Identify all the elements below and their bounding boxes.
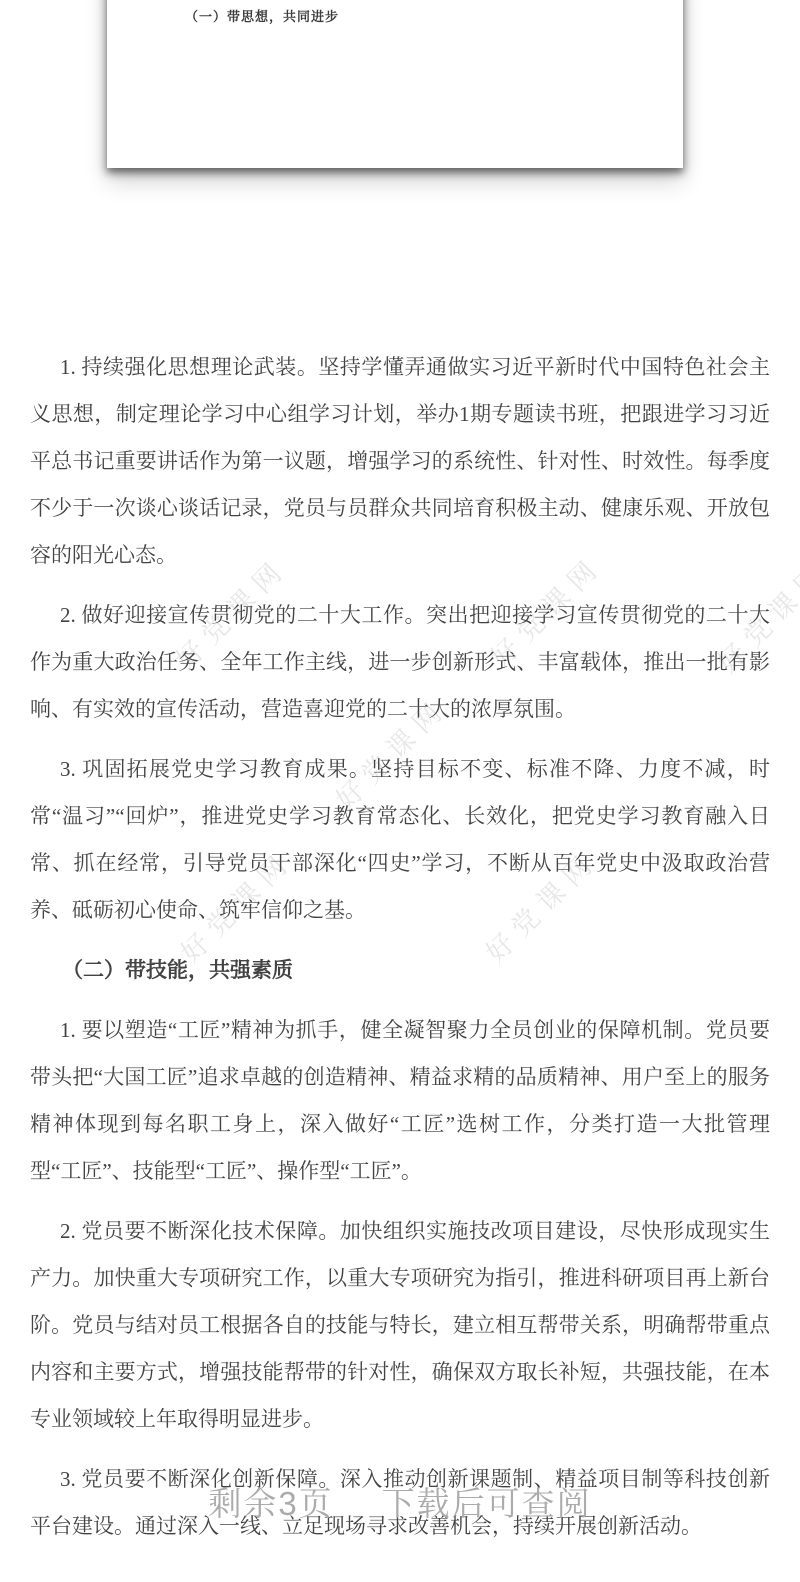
paragraph: 1. 持续强化思想理论武装。坚持学懂弄通做实习近平新时代中国特色社会主义思想，制… xyxy=(30,344,770,579)
paragraph: 2. 党员要不断深化技术保障。加快组织实施技改项目建设，尽快形成现实生产力。加快… xyxy=(30,1208,770,1443)
document-body: 1. 持续强化思想理论武装。坚持学懂弄通做实习近平新时代中国特色社会主义思想，制… xyxy=(30,344,770,1563)
previous-section-heading: （一）带思想，共同进步 xyxy=(185,6,339,25)
previous-page-card: （一）带思想，共同进步 xyxy=(107,0,683,168)
remaining-pages-notice: 剩余3页下载后可查阅 xyxy=(0,1478,800,1525)
paragraph: 1. 要以塑造“工匠”精神为抓手，健全凝智聚力全员创业的保障机制。党员要带头把“… xyxy=(30,1007,770,1195)
paragraph: 2. 做好迎接宣传贯彻党的二十大工作。突出把迎接学习宣传贯彻党的二十大作为重大政… xyxy=(30,592,770,733)
remaining-pages-label: 剩余3页 xyxy=(208,1485,333,1522)
document-preview-page: { "colors": { "page_background": "#fffff… xyxy=(0,0,800,1582)
download-hint-label: 下载后可查阅 xyxy=(382,1485,592,1522)
section-heading: （二）带技能，共强素质 xyxy=(30,947,770,994)
paragraph: 3. 巩固拓展党史学习教育成果。坚持目标不变、标准不降、力度不减，时常“温习”“… xyxy=(30,746,770,934)
